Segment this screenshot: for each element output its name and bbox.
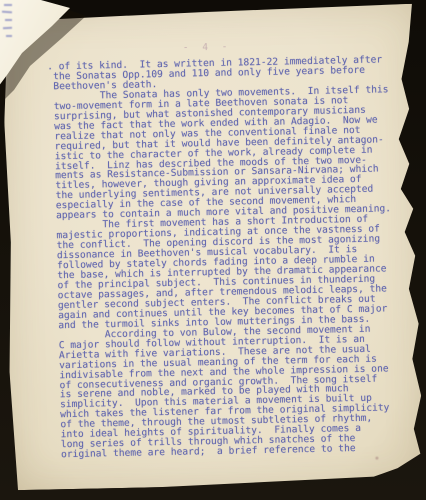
typescript-body: . of its kind. It as written in 1821-22 … [47, 55, 396, 460]
page-number: - 4 - [183, 42, 232, 54]
fold-ink-mark [5, 19, 12, 21]
paper-speck [375, 457, 378, 460]
photo-background: - 4 - . of its kind. It as written in 18… [0, 0, 426, 500]
typescript-page: - 4 - . of its kind. It as written in 18… [0, 4, 426, 493]
fold-ink-mark [6, 35, 12, 37]
fold-ink-mark [3, 27, 12, 29]
fold-ink-mark [2, 11, 12, 14]
fold-ink-mark [4, 4, 12, 6]
